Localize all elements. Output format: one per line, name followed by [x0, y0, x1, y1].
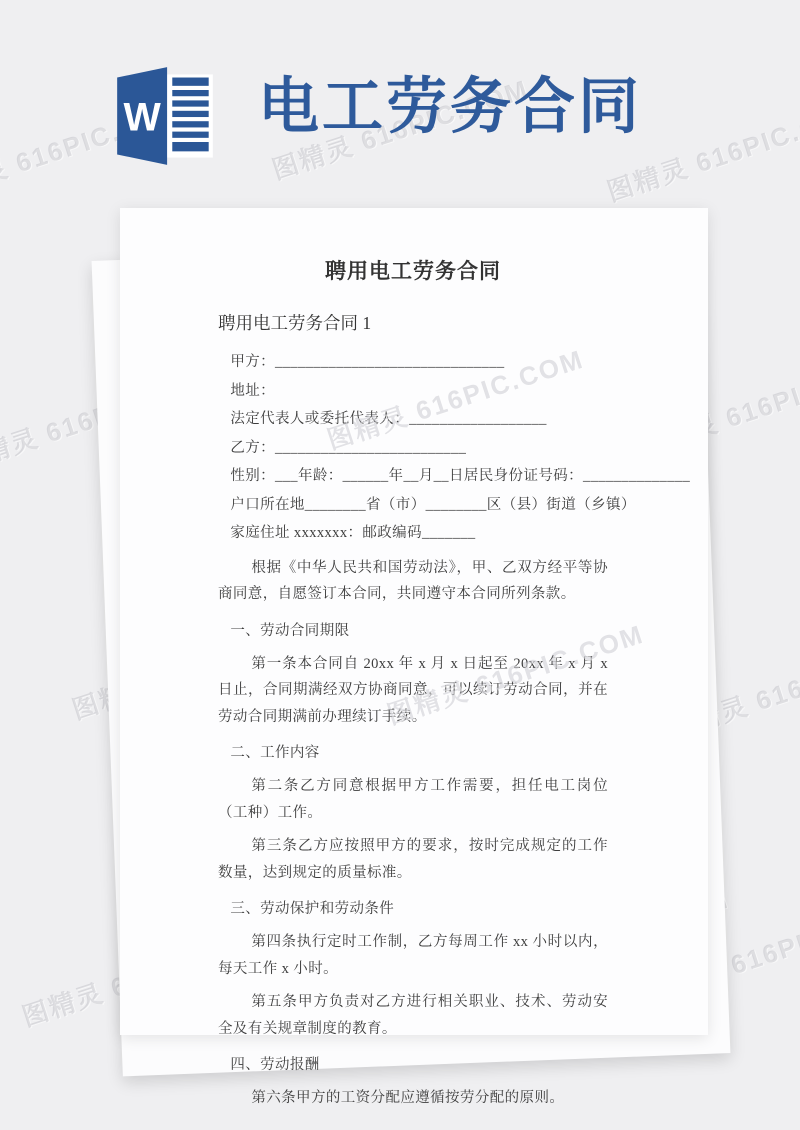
- field-address: 地址：: [218, 377, 608, 406]
- field-legal-rep: 法定代表人或委托代表人：__________________: [218, 405, 608, 434]
- heading-section-4: 四、劳动报酬: [218, 1052, 608, 1078]
- field-registered-residence: 户口所在地________省（市）________区（县）街道（乡镇）: [218, 491, 608, 520]
- heading-section-3: 三、劳动保护和劳动条件: [218, 896, 608, 922]
- field-gender-age-id: 性别：___年龄：______年__月__日居民身份证号码：__________…: [218, 462, 608, 491]
- document-page: 图精灵 616PIC.COM 图精灵 616PIC.COM 聘用电工劳务合同 聘…: [120, 208, 708, 1035]
- document-body: 甲方：______________________________ 地址： 法定…: [218, 348, 608, 1112]
- field-party-b: 乙方：_________________________: [218, 434, 608, 463]
- word-icon: W: [113, 64, 217, 168]
- paragraph-article-2: 第二条乙方同意根据甲方工作需要，担任电工岗位（工种）工作。: [218, 773, 608, 826]
- page-title: 电工劳务合同: [258, 66, 738, 150]
- paragraph-preamble: 根据《中华人民共和国劳动法》，甲、乙双方经平等协商同意，自愿签订本合同，共同遵守…: [218, 555, 608, 608]
- document-title: 聘用电工劳务合同: [218, 255, 608, 285]
- heading-section-1: 一、劳动合同期限: [218, 618, 608, 644]
- field-home-address: 家庭住址 xxxxxxx：邮政编码_______: [218, 519, 608, 548]
- paragraph-article-4: 第四条执行定时工作制，乙方每周工作 xx 小时以内，每天工作 x 小时。: [218, 929, 608, 982]
- paragraph-article-1: 第一条本合同自 20xx 年 x 月 x 日起至 20xx 年 x 月 x 日止…: [218, 651, 608, 731]
- heading-section-2: 二、工作内容: [218, 740, 608, 766]
- header-banner: W 电工劳务合同: [0, 0, 800, 200]
- paragraph-article-5: 第五条甲方负责对乙方进行相关职业、技术、劳动安全及有关规章制度的教育。: [218, 989, 608, 1042]
- svg-text:W: W: [123, 96, 161, 140]
- field-party-a: 甲方：______________________________: [218, 348, 608, 377]
- paragraph-article-3: 第三条乙方应按照甲方的要求，按时完成规定的工作数量，达到规定的质量标准。: [218, 833, 608, 886]
- document-subtitle: 聘用电工劳务合同 1: [218, 310, 608, 335]
- template-preview-page: 图精灵 616PIC.COM 图精灵 616PIC.COM 图精灵 616PIC…: [0, 0, 800, 1130]
- paragraph-article-6: 第六条甲方的工资分配应遵循按劳分配的原则。: [218, 1085, 608, 1112]
